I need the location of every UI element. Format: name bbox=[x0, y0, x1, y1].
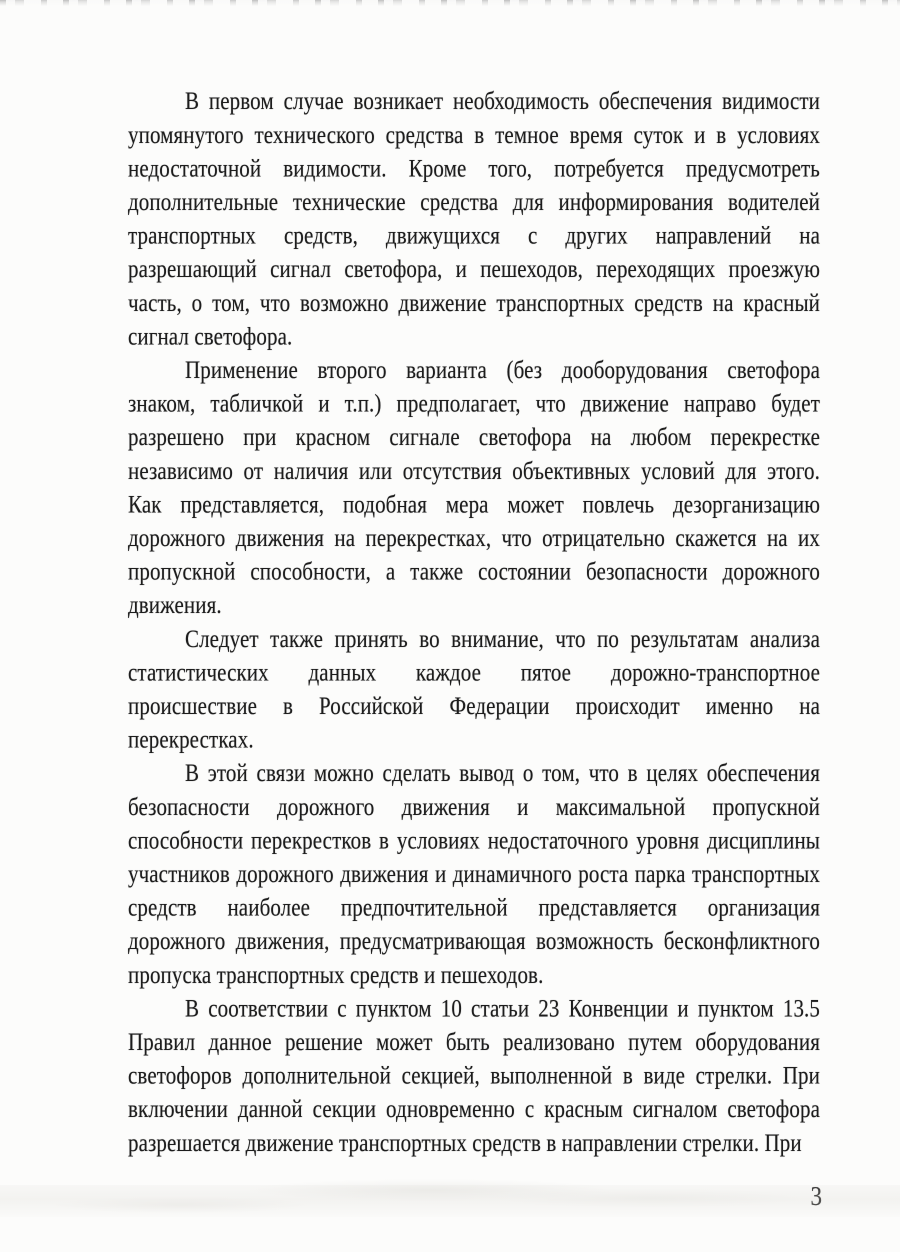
text-line: статистических данных каждое пятое дорож… bbox=[128, 655, 820, 689]
text-line: участников дорожного движения и динамичн… bbox=[128, 857, 820, 891]
text-line: светофоров дополнительной секцией, выпол… bbox=[128, 1058, 820, 1092]
text-line: Правил данное решение может быть реализо… bbox=[128, 1025, 820, 1059]
text-line: сигнал светофора. bbox=[128, 319, 820, 353]
text-line: движения. bbox=[128, 588, 820, 622]
scan-edge-top bbox=[0, 0, 900, 6]
text-line: способности перекрестков в условиях недо… bbox=[128, 823, 820, 857]
text-line: разрешается движение транспортных средст… bbox=[128, 1126, 820, 1160]
text-line: средств наиболее предпочтительной предст… bbox=[128, 890, 820, 924]
text-line: дополнительные технические средства для … bbox=[128, 185, 820, 219]
text-line: дорожного движения, предусматривающая во… bbox=[128, 924, 820, 958]
text-line: включении данной секции одновременно с к… bbox=[128, 1092, 820, 1126]
text-line: безопасности дорожного движения и максим… bbox=[128, 790, 820, 824]
text-line: недостаточной видимости. Кроме того, пот… bbox=[128, 151, 820, 185]
text-line: В этой связи можно сделать вывод о том, … bbox=[128, 756, 820, 790]
text-line: дорожного движения на перекрестках, что … bbox=[128, 521, 820, 555]
text-line: В первом случае возникает необходимость … bbox=[128, 84, 820, 118]
scanned-page: В первом случае возникает необходимость … bbox=[0, 0, 900, 1252]
text-line: происшествие в Российской Федерации прои… bbox=[128, 689, 820, 723]
text-line: Следует также принять во внимание, что п… bbox=[128, 622, 820, 656]
text-line: перекрестках. bbox=[128, 722, 820, 756]
text-line: независимо от наличия или отсутствия объ… bbox=[128, 454, 820, 488]
text-line: разрешающий сигнал светофора, и пешеходо… bbox=[128, 252, 820, 286]
text-line: пропуска транспортных средств и пешеходо… bbox=[128, 958, 820, 992]
text-line: В соответствии с пунктом 10 статьи 23 Ко… bbox=[128, 991, 820, 1025]
text-line: транспортных средств, движущихся с други… bbox=[128, 218, 820, 252]
text-line: разрешено при красном сигнале светофора … bbox=[128, 420, 820, 454]
text-line: часть, о том, что возможно движение тран… bbox=[128, 286, 820, 320]
text-line: знаком, табличкой и т.п.) предполагает, … bbox=[128, 386, 820, 420]
text-line: упомянутого технического средства в темн… bbox=[128, 118, 820, 152]
text-line: Применение второго варианта (без дообору… bbox=[128, 353, 820, 387]
scan-edge-bottom bbox=[0, 1185, 900, 1217]
document-text: В первом случае возникает необходимость … bbox=[128, 84, 820, 1159]
text-line: Как представляется, подобная мера может … bbox=[128, 487, 820, 521]
text-line: пропускной способности, а также состояни… bbox=[128, 554, 820, 588]
